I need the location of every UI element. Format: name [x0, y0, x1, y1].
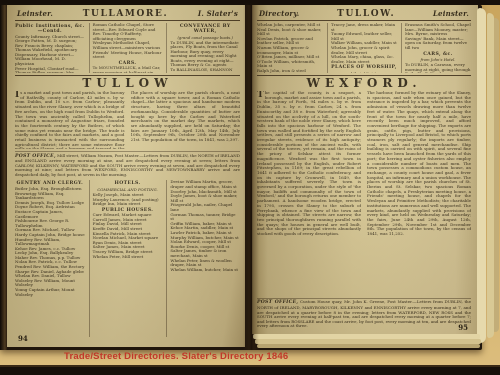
- tullow-cont-col-2: Tracey Jane, dress maker, Main st Tuomy …: [327, 23, 397, 73]
- tullamore-col-2: Roman Catholic Chapel, Store street—Rev.…: [89, 23, 163, 73]
- left-header-town: TULLAMORE.: [83, 9, 168, 19]
- cars-etc-heading: CARS, &c.: [405, 52, 471, 57]
- right-page: Directory. TULLOW. Leinster. Whelan John…: [252, 5, 478, 334]
- tullow-post-office: POST OFFICE, Mill street, William Nuzum,…: [15, 151, 240, 177]
- public-institutions-heading: Public Institutions, &c.—Contd.: [15, 24, 85, 34]
- worship-entries: Roman Catholic Chapel, Store street—Rev.…: [93, 23, 163, 60]
- public-houses-entries: Carr Edward, Market square Carroll James…: [93, 213, 163, 259]
- public-institutions-entries: County Infirmary, Church street—George P…: [15, 35, 85, 74]
- right-header-province: Leinster.: [433, 9, 469, 18]
- page-fore-edge-1: [477, 8, 486, 343]
- tullamore-columns: Public Institutions, &c.—Contd. County I…: [15, 23, 240, 73]
- tullow-intro: Is a market and post town and parish, in…: [15, 91, 240, 149]
- tullow-cont-entries-1: Whelan John, carpenter, Mill st Neal Den…: [257, 23, 323, 73]
- tullow-cont-col-1: Whelan John, carpenter, Mill st Neal Den…: [257, 23, 323, 73]
- tullow-dropcap: I: [15, 91, 19, 99]
- tullow-col-3: Devine William Martin, grocer, draper an…: [166, 180, 240, 337]
- left-running-head: Leinster. TULLAMORE. I. Slater's: [15, 9, 240, 21]
- tullow-cont-col-3: Erasmus Smith's School, Chapel lane—Will…: [401, 23, 471, 73]
- caption: Trade/Street Directories. Slater's Direc…: [64, 351, 288, 362]
- tullow-title: TULLOW: [15, 75, 240, 90]
- book-spread: Leinster. TULLAMORE. I. Slater's Public …: [0, 5, 500, 350]
- conveyance-entries: To DUBLIN, and the intermediate places, …: [170, 41, 240, 74]
- places-of-worship-heading: PLACES OF WORSHIP,: [331, 65, 397, 70]
- gentry-clergy-entries: Butler John, Esq. Broughillstown Brownri…: [15, 187, 85, 297]
- tullow-cont-columns: Whelan John, carpenter, Mill st Neal Den…: [257, 23, 471, 73]
- page-bottom-edge-1: [253, 334, 480, 339]
- cars-entries: To MOUNTMELLICK, a Mail Car, every morni…: [93, 66, 163, 73]
- wexford-intro-col-1: The capital of the county, is a seaport,…: [257, 91, 361, 296]
- page-number-left: 94: [18, 334, 28, 343]
- scanned-directory-page: Leinster. TULLAMORE. I. Slater's Public …: [0, 0, 500, 375]
- page-bottom-edge-3: [257, 344, 480, 348]
- schools-entries: Erasmus Smith's School, Chapel lane—Will…: [405, 23, 471, 51]
- wexford-intro-col-2: The harbour, formed by the estuary of th…: [367, 91, 471, 296]
- tullow-col-1: GENTRY AND CLERGY. Butler John, Esq. Bro…: [15, 180, 85, 337]
- book-cover-edge: [0, 5, 7, 350]
- page-number-right: 95: [458, 323, 468, 332]
- left-header-publisher: I. Slater's: [198, 9, 238, 18]
- tullow-col-2: HOTELS. COMMERCIAL AND POSTING. Kelly Jo…: [89, 180, 163, 337]
- hotels-entries: Kelly Joseph, Main street Murphy Laurenc…: [93, 193, 163, 207]
- left-page: Leinster. TULLAMORE. I. Slater's Public …: [7, 5, 245, 347]
- tullow-columns: GENTRY AND CLERGY. Butler John, Esq. Bro…: [15, 180, 240, 337]
- page-bottom-edge-2: [255, 339, 481, 344]
- conveyance-by-water-heading: CONVEYANCE BY WATER,: [170, 24, 240, 34]
- wexford-intro: The capital of the county, is a seaport,…: [257, 91, 471, 296]
- tullow-cont-entries-2: Tracey Jane, dress maker, Main st Tuomy …: [331, 23, 397, 64]
- wexford-intro-text-1: he capital of the county, is a seaport, …: [257, 91, 361, 236]
- places-of-worship-subheading: and their Ministers.: [331, 71, 397, 73]
- right-header-town: TULLOW.: [337, 9, 395, 19]
- conveyance-subheading: (grand canal passage boats.): [170, 35, 240, 40]
- tullamore-col-1: Public Institutions, &c.—Contd. County I…: [15, 23, 85, 73]
- tullow-intro-col-2: The places of worship are the parish chu…: [131, 91, 241, 149]
- wexford-title: WEXFORD.: [257, 75, 471, 90]
- page-fore-edge-2: [487, 13, 494, 338]
- tullow-intro-col-1: Is a market and post town and parish, in…: [15, 91, 125, 149]
- right-running-head: Directory. TULLOW. Leinster.: [257, 9, 471, 21]
- wexford-post-office: POST OFFICE, Custom House quay, Mr. John…: [257, 298, 471, 329]
- cars-etc-entries: To DUBLIN, a Caravan, every morning at e…: [405, 63, 471, 73]
- right-header-directory: Directory.: [259, 9, 299, 18]
- bottom-border: [0, 367, 500, 375]
- tullow-trades-entries: Devine William Martin, grocer, draper an…: [170, 180, 240, 272]
- tullow-intro-text-1: s a market and post town and parish, in …: [15, 91, 125, 149]
- left-header-province: Leinster.: [17, 9, 53, 18]
- book-gutter: [243, 5, 259, 350]
- tullamore-col-3: CONVEYANCE BY WATER, (grand canal passag…: [166, 23, 240, 73]
- hotels-heading: HOTELS.: [93, 181, 163, 186]
